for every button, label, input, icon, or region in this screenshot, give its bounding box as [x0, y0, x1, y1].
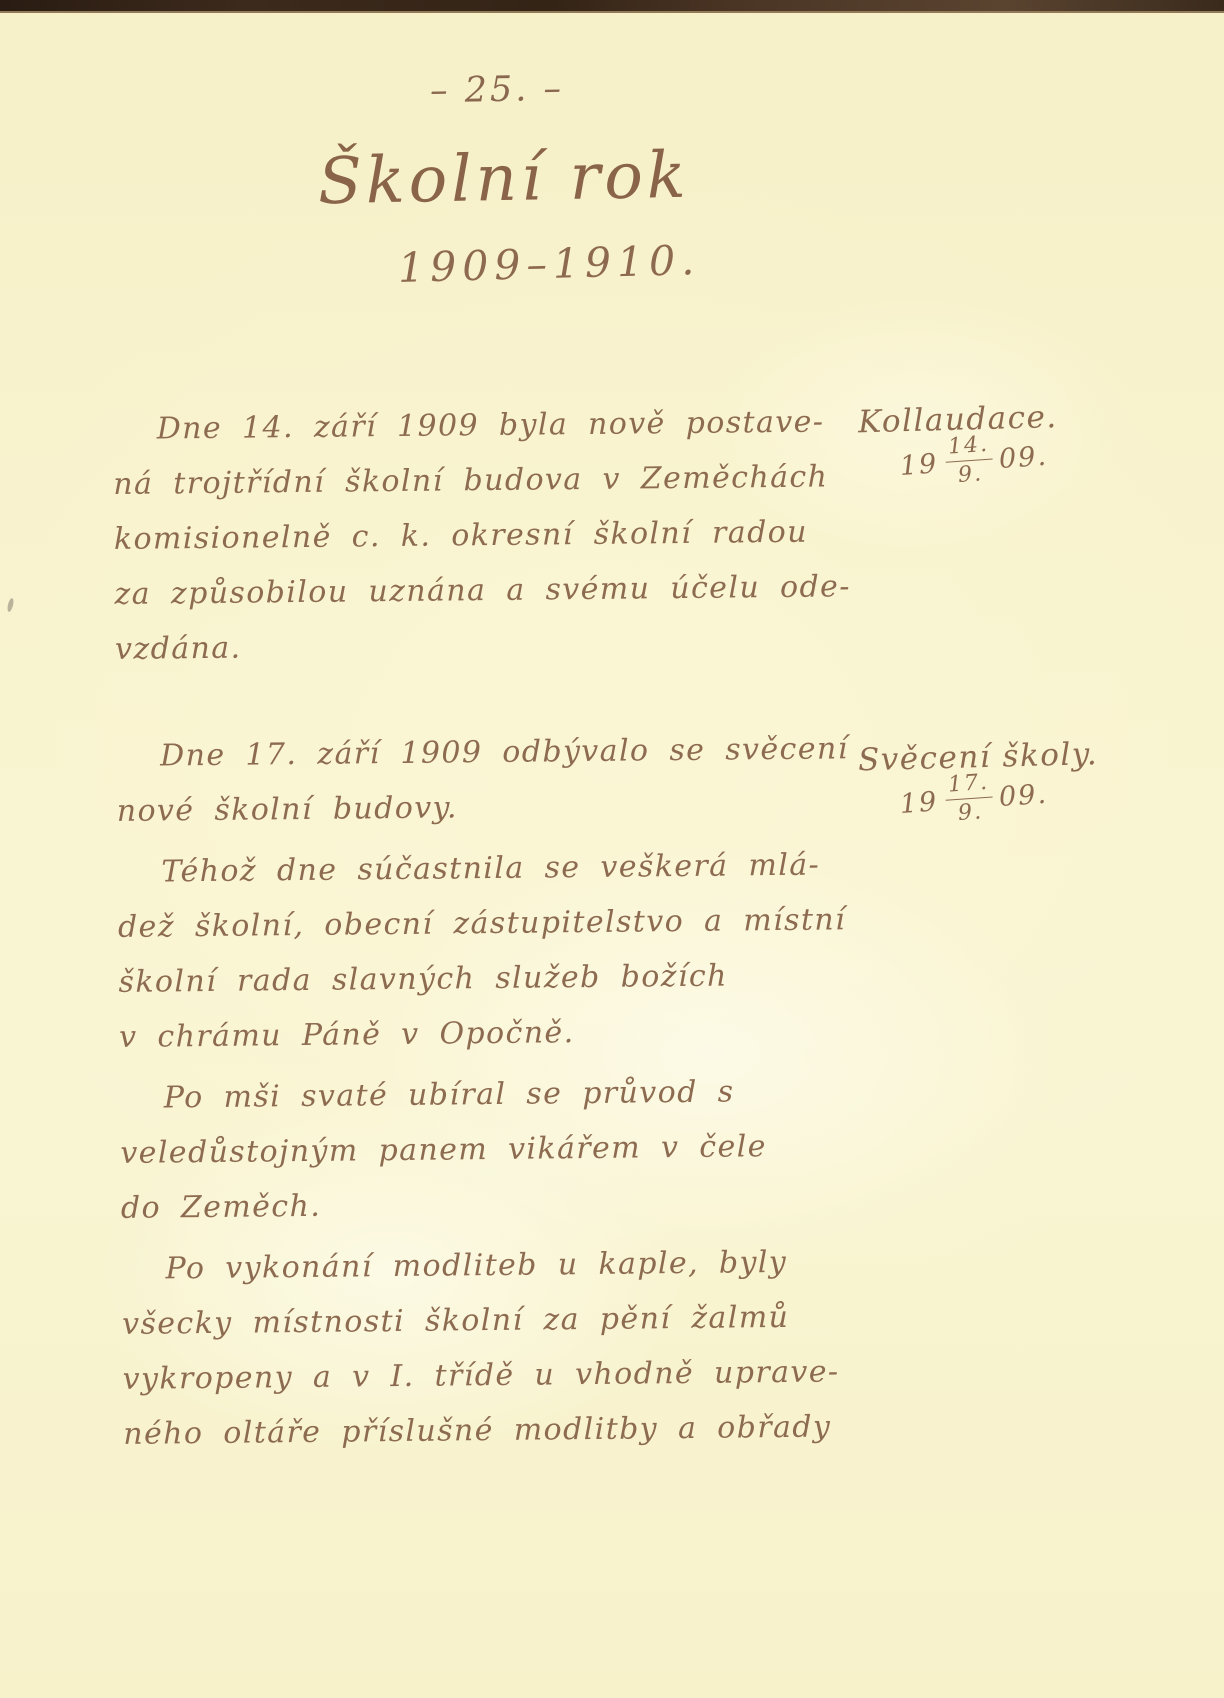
text-line: školní rada slavných služeb božích	[118, 947, 867, 1010]
chronicle-subtitle: 1909–1910.	[397, 236, 700, 292]
fraction-numerator: 14.	[944, 434, 993, 463]
date-century: 19	[899, 448, 939, 482]
chronicle-page-scan: – 25. – Školní rok 1909–1910. Dne 14. zá…	[0, 0, 1224, 1698]
text-line: komisionelně c. k. okresní školní radou	[114, 504, 863, 567]
text-line: v chrámu Páně v Opočně.	[119, 1002, 868, 1065]
fraction-numerator: 17.	[944, 772, 993, 801]
text-line: Téhož dne súčastnila se veškerá mlá-	[117, 837, 866, 900]
date-century: 19	[899, 786, 939, 820]
book-binding-edge	[0, 0, 1224, 13]
text-line: ného oltáře příslušné modlitby a obřady	[123, 1399, 872, 1462]
date-fraction: 17.9.	[944, 772, 994, 826]
paragraph-pruvod: Po mši svaté ubíral se průvod s veledůst…	[119, 1063, 869, 1236]
paragraph-kollaudace: Dne 14. září 1909 byla nově postave- ná …	[112, 394, 863, 677]
text-line: do Zeměch.	[121, 1173, 870, 1236]
margin-note-kollaudace: Kollaudace. 1914.9.09.	[858, 400, 1188, 493]
paragraph-modlitby: Po vykonání modliteb u kaple, byly všeck…	[121, 1234, 871, 1462]
paragraph-sveceni: Dne 17. září 1909 odbývalo se svěcení no…	[116, 721, 865, 839]
text-line: Dne 17. září 1909 odbývalo se svěcení	[116, 721, 865, 784]
text-line: všecky místnosti školní za pění žalmů	[122, 1289, 871, 1352]
text-line: vykropeny a v I. třídě u vhodně uprave-	[122, 1344, 871, 1407]
fraction-denominator: 9.	[957, 460, 984, 487]
fraction-denominator: 9.	[957, 798, 984, 825]
text-line: nové školní budovy.	[116, 776, 865, 839]
body-text: Dne 14. září 1909 byla nově postave- ná …	[112, 394, 871, 1462]
date-year: 09.	[998, 441, 1049, 475]
paper-artifact	[6, 598, 14, 613]
margin-note-sveceni: Svěcení školy. 1917.9.09.	[858, 738, 1188, 831]
text-line: Po mši svaté ubíral se průvod s	[119, 1063, 868, 1126]
text-line: Dne 14. září 1909 byla nově postave-	[112, 394, 861, 457]
text-line: veledůstojným panem vikářem v čele	[120, 1118, 869, 1181]
date-fraction: 14.9.	[944, 434, 994, 488]
paragraph-ucast: Téhož dne súčastnila se veškerá mlá- dež…	[117, 837, 867, 1065]
chronicle-title: Školní rok	[317, 139, 690, 219]
text-line: dež školní, obecní zástupitelstvo a míst…	[118, 892, 867, 955]
text-line: za způsobilou uznána a svému účelu ode-	[114, 559, 863, 622]
text-line: Po vykonání modliteb u kaple, byly	[121, 1234, 870, 1297]
date-year: 09.	[998, 779, 1049, 813]
text-line: ná trojtřídní školní budova v Zeměchách	[113, 449, 862, 512]
text-line: vzdána.	[115, 614, 864, 677]
page-number: – 25. –	[430, 69, 565, 111]
